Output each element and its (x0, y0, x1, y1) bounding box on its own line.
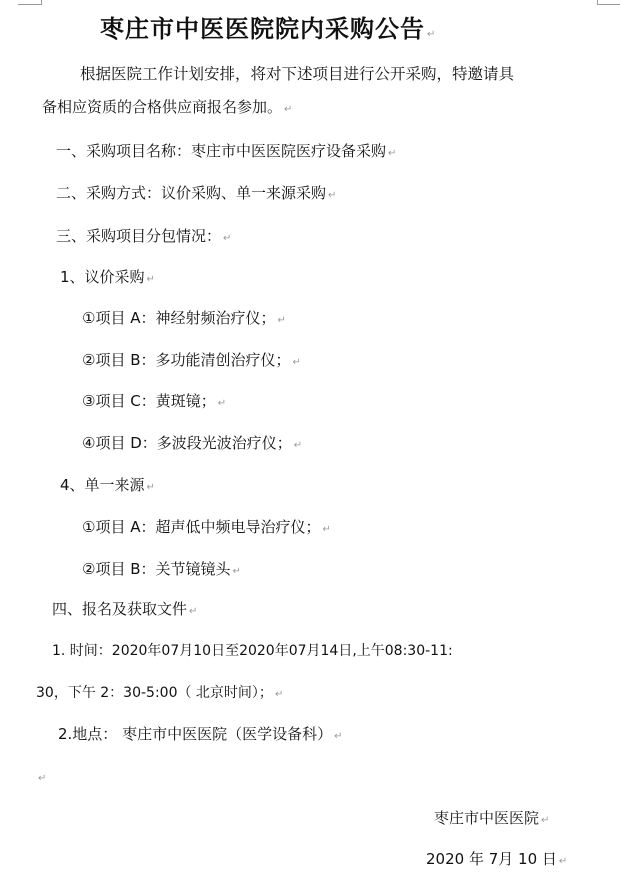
intro-text-1: 根据医院工作计划安排，将对下述项目进行公开采购，特邀请具 (80, 65, 514, 83)
org-text: 枣庄市中医医院 (434, 809, 539, 827)
paragraph-mark-icon: ↵ (294, 440, 302, 451)
paragraph-mark-icon: ↵ (427, 29, 436, 40)
section-procurement-name: 一、采购项目名称：枣庄市中医医院医疗设备采购↵ (56, 141, 396, 164)
negotiated-item: ②项目 B：多功能清创治疗仪；↵ (82, 350, 301, 373)
item-text: ②项目 B：多功能清创治疗仪； (82, 351, 291, 369)
signature-date: 2020 年 7月 10 日↵ (426, 849, 567, 872)
paragraph-mark-icon: ↵ (38, 773, 46, 784)
item-text: ①项目 A：超声低中频电导治疗仪； (82, 518, 320, 536)
paragraph-mark-icon: ↵ (147, 482, 155, 493)
document-title: 枣庄市中医医院院内采购公告↵ (100, 14, 436, 50)
title-text: 枣庄市中医医院院内采购公告 (100, 15, 425, 43)
registration-time-line1: 1. 时间：2020年07月10日至2020年07月14日,上午08:30-11… (52, 641, 453, 661)
paragraph-mark-icon: ↵ (275, 689, 283, 700)
paragraph-mark-icon: ↵ (223, 233, 231, 244)
paragraph-mark-icon: ↵ (284, 104, 292, 115)
negotiated-item: ③项目 C：黄斑镜；↵ (82, 391, 226, 414)
paragraph-mark-icon: ↵ (147, 274, 155, 285)
intro-paragraph-line2: 备相应资质的合格供应商报名参加。↵ (42, 97, 292, 120)
section-text: 三、采购项目分包情况： (56, 227, 221, 245)
subheading-text: 1、议价采购 (60, 268, 145, 286)
registration-time-line2: 30，下午 2：30-5:00（ 北京时间）；↵ (36, 683, 283, 705)
paragraph-mark-icon: ↵ (559, 856, 567, 867)
paragraph-mark-icon: ↵ (334, 731, 342, 742)
negotiated-item: ④项目 D：多波段光波治疗仪；↵ (82, 433, 302, 456)
negotiated-heading: 1、议价采购↵ (60, 267, 155, 290)
negotiated-item: ①项目 A：神经射频治疗仪；↵ (82, 308, 286, 331)
section-text: 一、采购项目名称：枣庄市中医医院医疗设备采购 (56, 142, 386, 160)
item-text: ①项目 A：神经射频治疗仪； (82, 309, 275, 327)
time-text: 1. 时间：2020年07月10日至2020年07月14日,上午08:30-11… (52, 643, 453, 659)
subheading-text: 4、单一来源 (60, 476, 145, 494)
empty-paragraph: ↵ (36, 766, 46, 789)
section-text: 四、报名及获取文件 (52, 600, 187, 618)
single-source-heading: 4、单一来源↵ (60, 475, 155, 498)
registration-place: 2.地点： 枣庄市中医医院（医学设备科）↵ (58, 724, 342, 747)
section-package-info: 三、采购项目分包情况：↵ (56, 226, 231, 249)
signature-organization: 枣庄市中医医院↵ (434, 808, 549, 831)
section-text: 二、采购方式：议价采购、单一来源采购 (56, 184, 326, 202)
paragraph-mark-icon: ↵ (277, 315, 285, 326)
paragraph-mark-icon: ↵ (189, 606, 197, 617)
section-procurement-method: 二、采购方式：议价采购、单一来源采购↵ (56, 183, 336, 206)
page-corner-mark-top-right (597, 0, 620, 5)
place-text: 2.地点： 枣庄市中医医院（医学设备科） (58, 725, 332, 743)
paragraph-mark-icon: ↵ (541, 815, 549, 826)
item-text: ④项目 D：多波段光波治疗仪； (82, 434, 292, 452)
paragraph-mark-icon: ↵ (233, 566, 241, 577)
intro-text-2: 备相应资质的合格供应商报名参加。 (42, 98, 282, 116)
item-text: ②项目 B：关节镜镜头 (82, 560, 231, 578)
time-text: 30，下午 2：30-5:00（ 北京时间）； (36, 685, 273, 701)
single-source-item: ②项目 B：关节镜镜头↵ (82, 559, 241, 582)
paragraph-mark-icon: ↵ (322, 524, 330, 535)
item-text: ③项目 C：黄斑镜； (82, 392, 216, 410)
paragraph-mark-icon: ↵ (293, 357, 301, 368)
paragraph-mark-icon: ↵ (218, 398, 226, 409)
single-source-item: ①项目 A：超声低中频电导治疗仪；↵ (82, 517, 331, 540)
paragraph-mark-icon: ↵ (388, 148, 396, 159)
date-text: 2020 年 7月 10 日 (426, 850, 557, 868)
page-corner-mark-top-left (18, 0, 42, 5)
paragraph-mark-icon: ↵ (328, 190, 336, 201)
section-registration: 四、报名及获取文件↵ (52, 599, 197, 622)
intro-paragraph-line1: 根据医院工作计划安排，将对下述项目进行公开采购，特邀请具 (80, 64, 514, 84)
